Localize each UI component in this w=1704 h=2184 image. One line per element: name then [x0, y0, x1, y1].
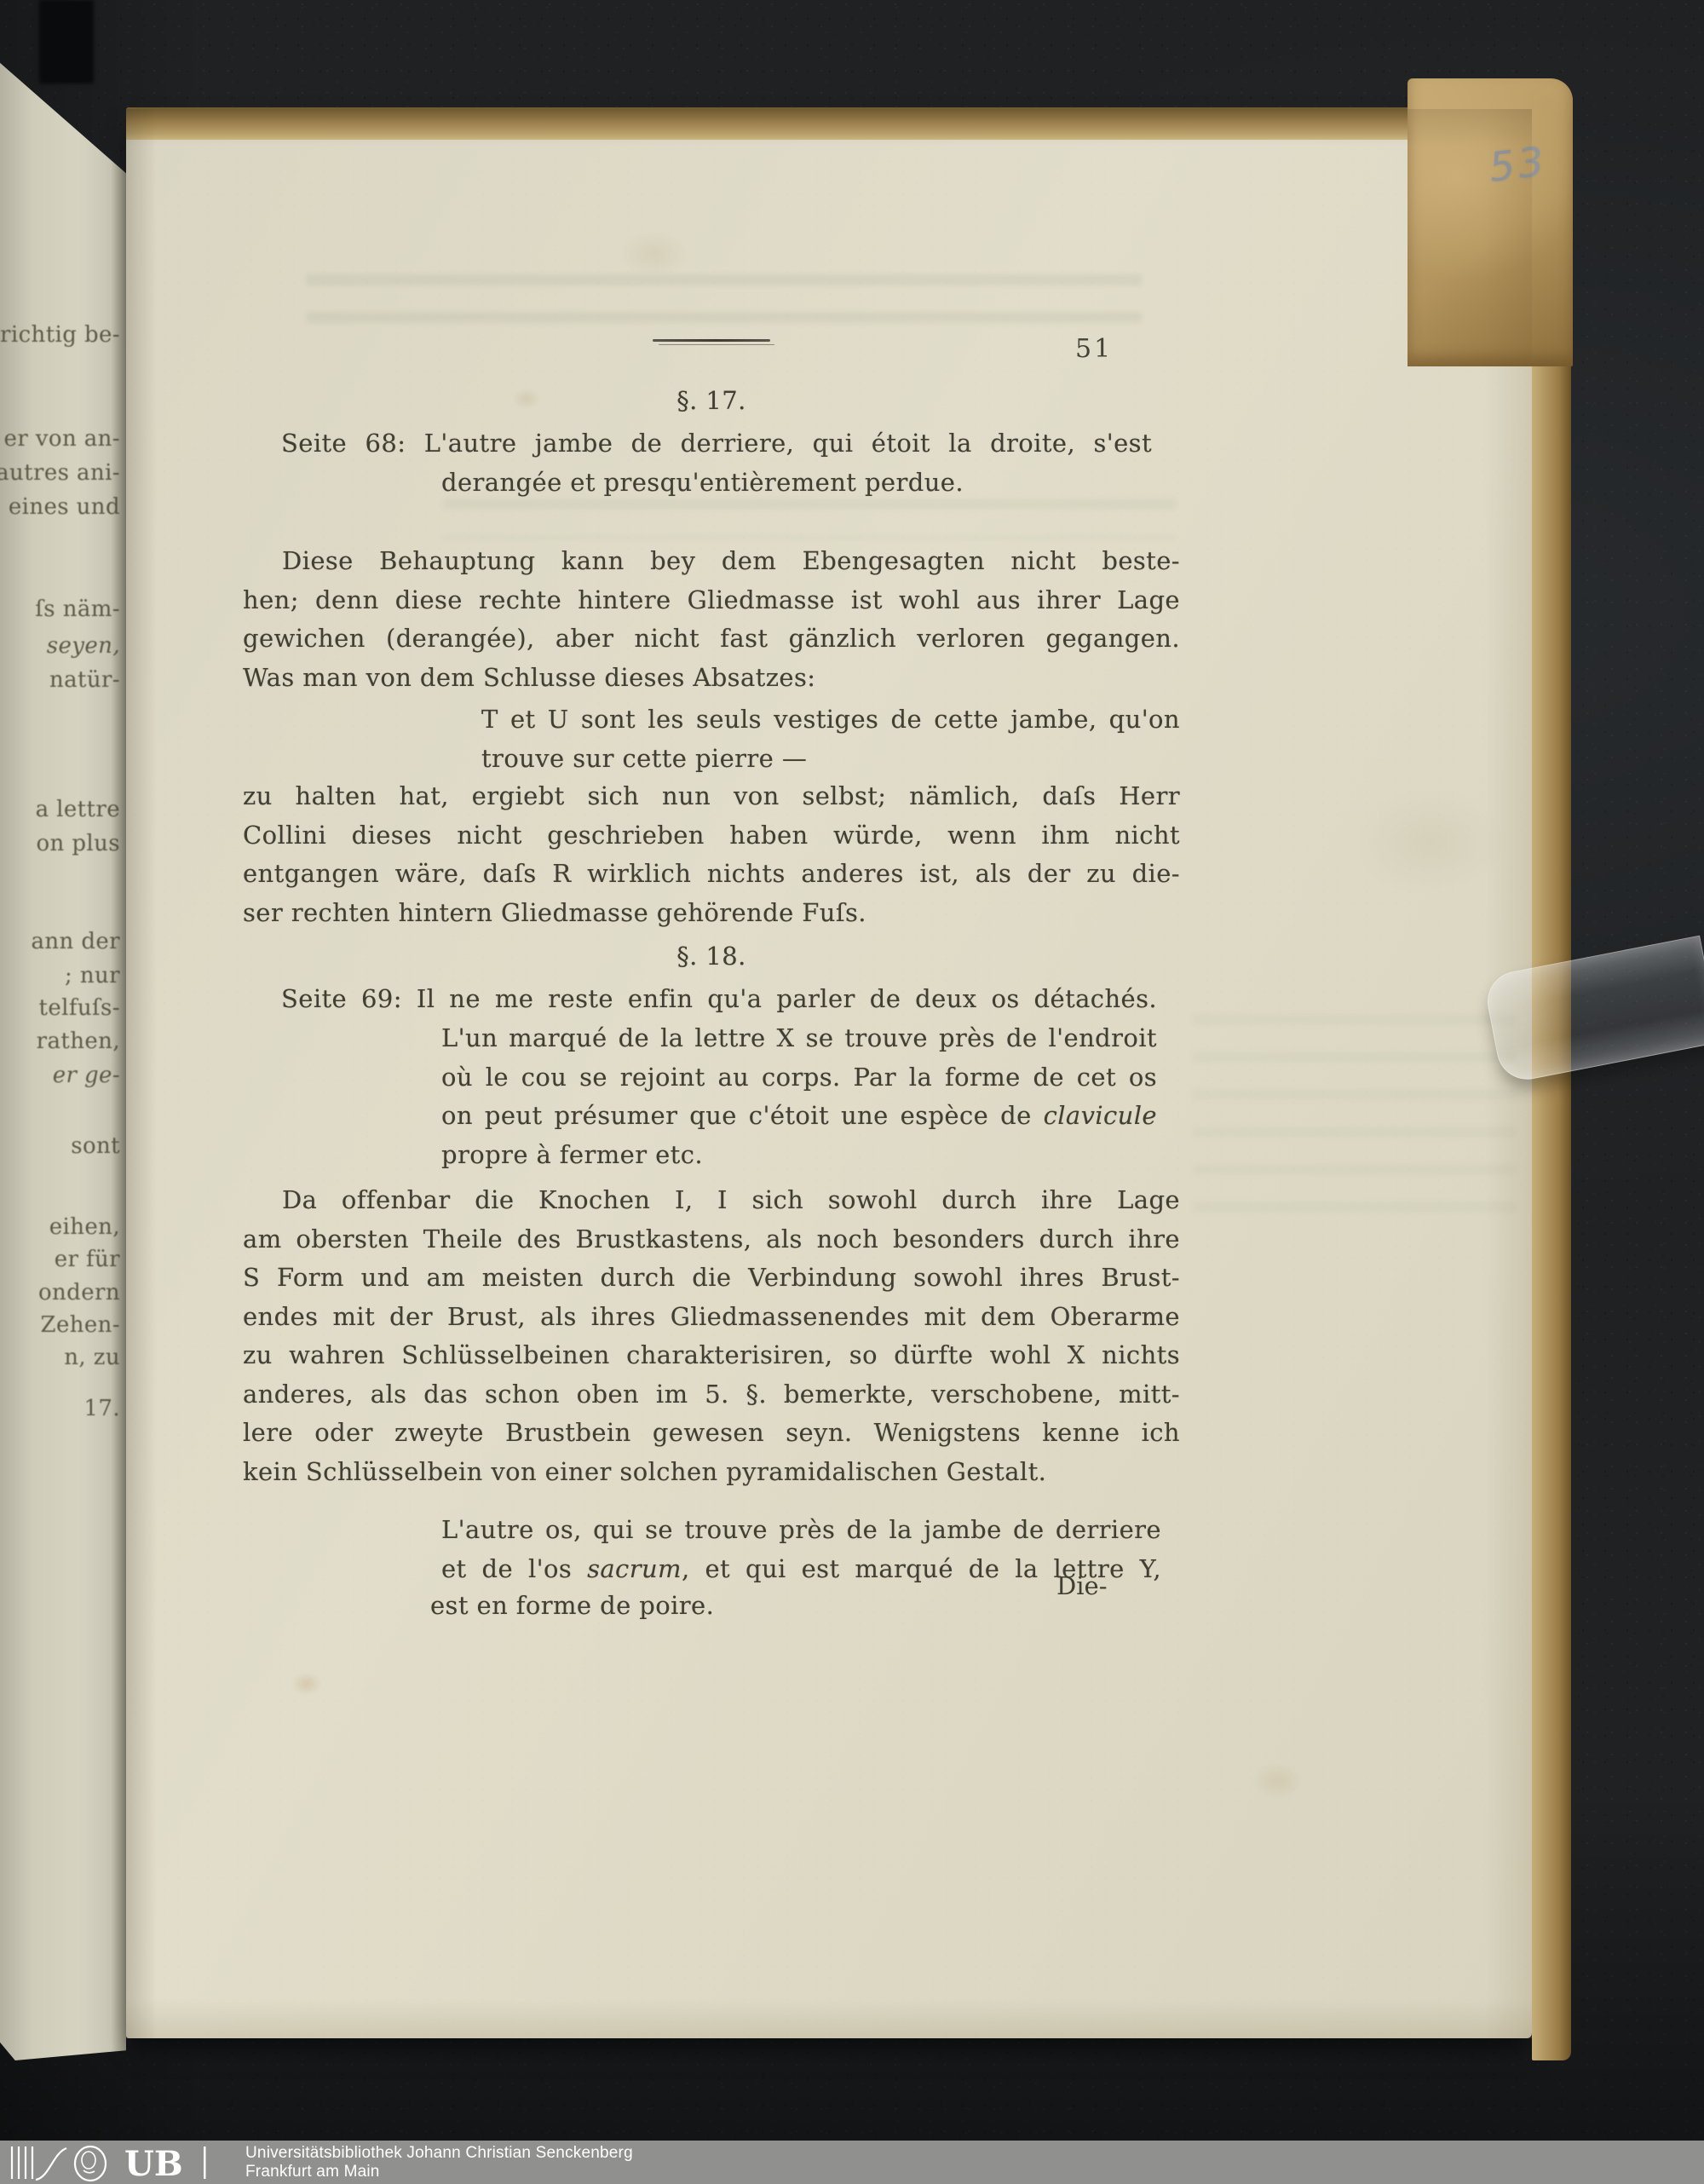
paragraph-line: lere oder zweyte Brustbein gewesen seyn.… [243, 1414, 1180, 1453]
seite69-line: propre à fermer etc. [441, 1136, 953, 1175]
margin-fragment: eines und [9, 494, 120, 520]
library-location: Frankfurt am Main [245, 2163, 633, 2181]
italic-term-sacrum: sacrum [587, 1554, 682, 1583]
section-18-heading: §. 18. [243, 937, 1180, 977]
seite68-line: derangée et presqu'entièrement perdue. [441, 464, 1089, 503]
margin-fragment: ; nur [65, 963, 120, 988]
margin-fragment: sont [71, 1133, 120, 1159]
spine-gap-shadow [39, 0, 94, 84]
previous-page-edge: richtig be- er von an- autres ani- eines… [0, 53, 126, 2060]
scanned-book-page: richtig be- er von an- autres ani- eines… [0, 0, 1704, 2184]
margin-fragment: ſs näm- [35, 596, 120, 622]
paragraph-line: S Form und am meisten durch die Verbindu… [243, 1259, 1180, 1298]
seite69-line: où le cou se rejoint au corps. Par la fo… [441, 1058, 1157, 1098]
margin-fragment: er für [55, 1247, 120, 1272]
library-name-block: Universitätsbibliothek Johann Christian … [245, 2144, 633, 2181]
margin-fragment: eihen, [49, 1214, 120, 1240]
quote-line: T et U sont les seuls vestiges de cette … [481, 700, 1180, 740]
paragraph-line: zu halten hat, ergiebt sich nun von selb… [243, 777, 1180, 816]
margin-fragment: n, zu [64, 1345, 120, 1370]
paragraph-line: Collini dieses nicht geschrieben haben w… [243, 816, 1180, 856]
italic-term-clavicule: clavicule [1044, 1101, 1157, 1130]
margin-fragment: richtig be- [0, 322, 120, 348]
paragraph-line: Diese Behauptung kann bey dem Ebengesagt… [243, 542, 1180, 581]
quote-line: trouve sur cette pierre — [481, 740, 1078, 779]
margin-fragment: telfuſs- [39, 995, 120, 1021]
page-block-fore-edge [1532, 109, 1571, 2060]
quote-line2-pre: et de l'os [441, 1554, 587, 1583]
ub-library-logo-icon: UB [5, 2143, 210, 2182]
margin-fragment: a lettre [36, 797, 120, 822]
section-divider-rule [653, 339, 770, 342]
margin-fragment: on plus [36, 831, 120, 856]
paragraph-line: zu wahren Schlüsselbeinen charakterisire… [243, 1336, 1180, 1375]
quote-line: est en forme de poire. [430, 1587, 941, 1626]
paragraph-line: Was man von dem Schlusse dieses Absatzes… [243, 659, 1180, 698]
seite69-line: L'un marqué de la lettre X se trouve prè… [441, 1019, 1157, 1058]
paragraph-line: Da offenbar die Knochen I, I sich sowohl… [243, 1181, 1180, 1220]
catchword: Die- [1056, 1571, 1108, 1600]
paragraph-line: entgangen wäre, daſs R wirklich nichts a… [243, 855, 1180, 894]
paragraph-line: endes mit der Brust, als ihres Gliedmass… [243, 1298, 1180, 1337]
ub-logo-text: UB [124, 2144, 183, 2182]
seite69-line4-text: on peut présumer que c'étoit une espèce … [441, 1101, 1044, 1130]
quote-line: L'autre os, qui se trouve près de la jam… [441, 1511, 1161, 1550]
margin-fragment: er von an- [4, 426, 120, 452]
section-17-heading: §. 17. [243, 382, 1180, 421]
paragraph-line: anderes, als das schon oben im 5. §. bem… [243, 1375, 1180, 1415]
quote-line: et de l'os sacrum, et qui est marqué de … [441, 1550, 1161, 1589]
paragraph-line: kein Schlüsselbein von einer solchen pyr… [243, 1453, 1180, 1492]
seite69-line: on peut présumer que c'étoit une espèce … [441, 1097, 1157, 1136]
printed-page-number: 51 [1075, 334, 1113, 364]
margin-fragment: natür- [49, 667, 120, 693]
margin-fragment: ann der [31, 929, 120, 954]
page-block-top-edge [126, 107, 1534, 140]
paragraph-line: am obersten Theile des Brustkastens, als… [243, 1220, 1180, 1259]
margin-fragment: er ge- [53, 1063, 120, 1088]
paragraph-line: ser rechten hintern Gliedmasse gehörende… [243, 894, 1180, 933]
margin-fragment: Zehen- [40, 1312, 120, 1338]
seite69-line: Seite 69: Il ne me reste enfin qu'a parl… [281, 980, 1157, 1019]
paragraph-line: gewichen (derangée), aber nicht fast gän… [243, 619, 1180, 659]
margin-fragment: autres ani- [0, 460, 120, 486]
seite68-line: Seite 68: L'autre jambe de derriere, qui… [281, 424, 1152, 464]
handwritten-folio-number: 53 [1487, 138, 1550, 192]
paragraph-line: hen; denn diese rechte hintere Gliedmass… [243, 581, 1180, 620]
margin-fragment: rathen, [37, 1029, 120, 1054]
margin-fragment: seyen, [47, 633, 120, 659]
library-name: Universitätsbibliothek Johann Christian … [245, 2144, 633, 2163]
library-footer-bar: UB Universitätsbibliothek Johann Christi… [0, 2141, 1704, 2184]
margin-fragment: 17. [83, 1396, 120, 1421]
page-block-corner [1408, 78, 1573, 366]
margin-fragment: ondern [38, 1280, 120, 1305]
